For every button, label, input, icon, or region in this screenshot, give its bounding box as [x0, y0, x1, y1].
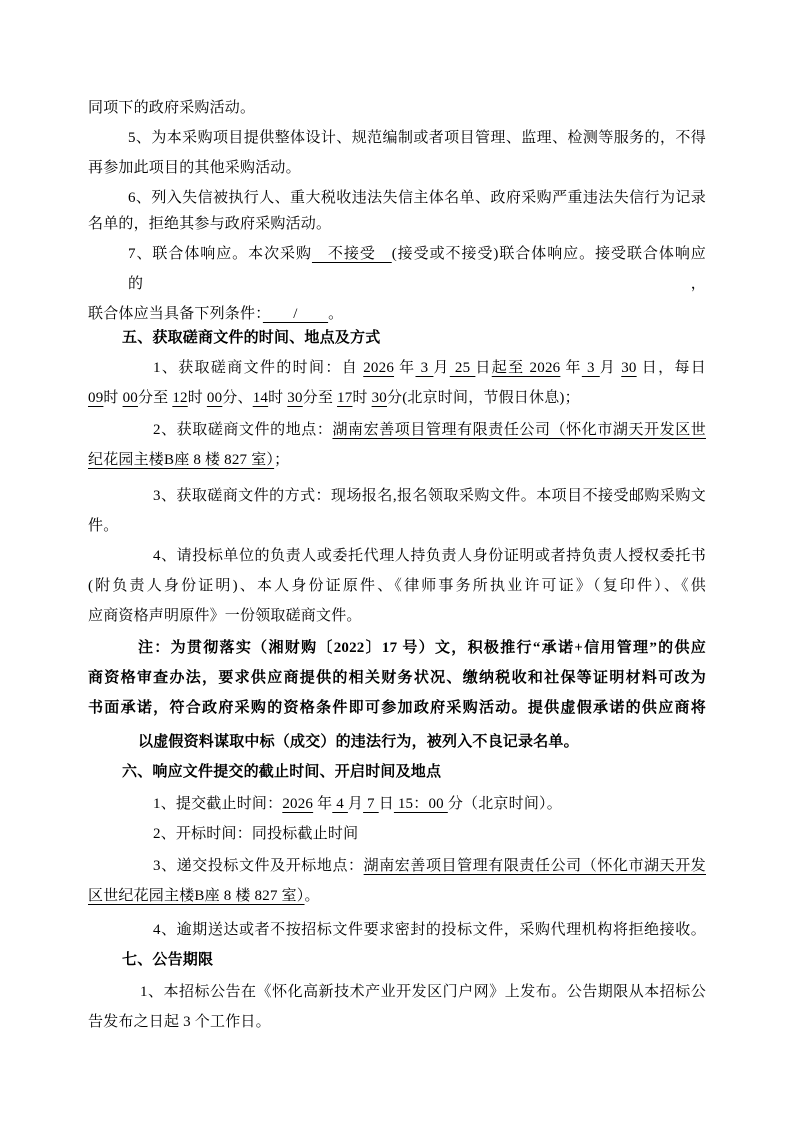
text-segment: 分（北京时间）。	[448, 796, 562, 812]
text-segment: 。	[328, 306, 343, 322]
section-heading: 七、公告期限	[88, 945, 706, 975]
text-line: 区世纪花园主楼B座 8 楼 827 室）。	[88, 881, 706, 911]
underlined-text: 12	[172, 390, 187, 406]
text-segment: 月	[348, 796, 363, 812]
text-segment: 名单的，拒绝其参与政府采购活动。	[88, 216, 331, 232]
text-segment: 时	[352, 390, 371, 406]
underlined-text: 起至 2026	[492, 360, 561, 376]
text-line: 以虚假资料谋取中标（成交）的违法行为，被列入不良记录名单。	[88, 727, 706, 757]
text-line: 2、开标时间：同投标截止时间	[88, 819, 706, 849]
underlined-text: 17	[337, 390, 352, 406]
text-line: 名单的，拒绝其参与政府采购活动。	[88, 209, 706, 239]
text-line: 1、本招标公告在《怀化高新技术产业开发区门户网》上发布。公告期限从本招标公	[88, 977, 706, 1007]
text-line: 4、请投标单位的负责人或委托代理人持负责人身份证明或者持负责人授权委托书	[88, 541, 706, 571]
text-line: 书面承诺，符合政府采购的资格条件即可参加政府采购活动。提供虚假承诺的供应商将	[88, 693, 706, 723]
text-segment: 月	[433, 360, 449, 376]
text-segment: 2、获取磋商文件的地点：	[153, 422, 332, 438]
underlined-text: 区世纪花园主楼B座 8 楼 827 室）	[88, 888, 305, 904]
text-line: 09时 00分至 12时 00分、14时 30分至 17时 30分(北京时间，节…	[88, 383, 706, 413]
text-line: 1、提交截止时间：2026 年 4 月 7 日 15：00 分（北京时间）。	[88, 789, 706, 819]
underlined-text: 25	[450, 360, 476, 376]
text-segment: 联合体应当具备下列条件：	[88, 306, 263, 322]
text-line: 4、逾期送达或者不按招标文件要求密封的投标文件，采购代理机构将拒绝接收。	[88, 915, 706, 945]
underlined-text: 纪花园主楼B座 8 楼 827 室）	[88, 452, 274, 468]
underlined-text: 09	[88, 390, 103, 406]
text-segment: 3、获取磋商文件的方式：现场报名,报名领取采购文件。本项目不接受邮购采购文	[153, 488, 706, 504]
text-segment: 。	[305, 888, 320, 904]
underlined-text: 30	[621, 360, 636, 376]
underlined-text: 2026	[282, 796, 313, 812]
text-segment: 日	[379, 796, 394, 812]
text-segment: 分(北京时间，节假日休息)；	[387, 390, 580, 406]
underlined-text: 30	[372, 390, 387, 406]
text-segment: 7、联合体响应。本次采购	[128, 246, 312, 262]
text-segment: 1、获取磋商文件的时间：自	[153, 360, 363, 376]
text-segment: 书面承诺，符合政府采购的资格条件即可参加政府采购活动。提供虚假承诺的供应商将	[88, 700, 706, 716]
text-line: 1、获取磋商文件的时间：自 2026 年 3 月 25 日起至 2026 年 3…	[88, 353, 706, 383]
text-segment: 分、	[222, 390, 252, 406]
text-segment: 日，每日	[637, 360, 706, 376]
text-segment: 2、开标时间：同投标截止时间	[153, 826, 358, 842]
underlined-text: 00	[123, 390, 138, 406]
underlined-text: 湖南宏善项目管理有限责任公司（怀化市湖天开发	[364, 858, 706, 874]
text-segment: 六、响应文件提交的截止时间、开启时间及地点	[122, 764, 441, 780]
text-segment: 日	[475, 360, 491, 376]
underlined-text: /	[263, 306, 328, 322]
text-line: 注：为贯彻落实（湘财购〔2022〕17 号）文，积极推行“承诺+信用管理”的供应	[88, 633, 706, 663]
text-segment: 月	[600, 360, 621, 376]
text-line: 7、联合体响应。本次采购 不接受 (接受或不接受)联合体响应。接受联合体响应的，	[88, 239, 706, 299]
text-line: 3、获取磋商文件的方式：现场报名,报名领取采购文件。本项目不接受邮购采购文	[88, 481, 706, 511]
text-segment: 分至	[303, 390, 337, 406]
text-segment: 年	[313, 796, 332, 812]
text-line: 纪花园主楼B座 8 楼 827 室）；	[88, 445, 706, 475]
text-segment: 年	[560, 360, 581, 376]
underlined-text: 00	[207, 390, 222, 406]
text-segment: ；	[274, 452, 289, 468]
text-segment: 注：为贯彻落实（湘财购〔2022〕17 号）文，积极推行“承诺+信用管理”的供应	[138, 640, 706, 656]
text-line: (附负责人身份证明)、本人身份证原件、《律师事务所执业许可证》（复印件）、《供	[88, 571, 706, 601]
text-segment: 五、获取磋商文件的时间、地点及方式	[122, 330, 380, 346]
underlined-text: 3	[416, 360, 434, 376]
text-segment: 时	[103, 390, 122, 406]
document-page: 同项下的政府采购活动。5、为本采购项目提供整体设计、规范编制或者项目管理、监理、…	[0, 0, 793, 1122]
text-segment: 1、提交截止时间：	[153, 796, 282, 812]
text-segment: 告发布之日起 3 个工作日。	[88, 1014, 271, 1030]
text-line: 3、递交投标文件及开标地点：湖南宏善项目管理有限责任公司（怀化市湖天开发	[88, 851, 706, 881]
section-heading: 五、获取磋商文件的时间、地点及方式	[88, 323, 706, 353]
text-segment: 同项下的政府采购活动。	[88, 100, 255, 116]
text-segment: 4、请投标单位的负责人或委托代理人持负责人身份证明或者持负责人授权委托书	[153, 548, 706, 564]
text-segment: 1、本招标公告在《怀化高新技术产业开发区门户网》上发布。公告期限从本招标公	[140, 984, 706, 1000]
text-line: 告发布之日起 3 个工作日。	[88, 1007, 706, 1037]
text-segment: 以虚假资料谋取中标（成交）的违法行为，被列入不良记录名单。	[138, 734, 579, 750]
text-segment: 应商资格声明原件》一份领取磋商文件。	[88, 608, 362, 624]
document-body: 同项下的政府采购活动。5、为本采购项目提供整体设计、规范编制或者项目管理、监理、…	[88, 93, 706, 1037]
text-line: 应商资格声明原件》一份领取磋商文件。	[88, 601, 706, 631]
text-segment: 商资格审查办法，要求供应商提供的相关财务状况、缴纳税收和社保等证明材料可改为	[88, 670, 706, 686]
text-line: 商资格审查办法，要求供应商提供的相关财务状况、缴纳税收和社保等证明材料可改为	[88, 663, 706, 693]
text-segment: 3、递交投标文件及开标地点：	[153, 858, 364, 874]
text-segment: 6、列入失信被执行人、重大税收违法失信主体名单、政府采购严重违法失信行为记录	[128, 190, 706, 206]
underlined-text: 30	[287, 390, 302, 406]
text-segment: 5、为本采购项目提供整体设计、规范编制或者项目管理、监理、检测等服务的，不得	[128, 130, 706, 146]
underlined-text: 不接受	[312, 246, 392, 262]
text-line: 件。	[88, 511, 706, 541]
text-segment: (附负责人身份证明)、本人身份证原件、《律师事务所执业许可证》（复印件）、《供	[88, 578, 706, 594]
underlined-text: 14	[253, 390, 268, 406]
text-segment: 再参加此项目的其他采购活动。	[88, 160, 301, 176]
text-line: 5、为本采购项目提供整体设计、规范编制或者项目管理、监理、检测等服务的，不得	[88, 123, 706, 153]
underlined-text: 3	[582, 360, 600, 376]
underlined-text: 7	[363, 796, 379, 812]
underlined-text: 湖南宏善项目管理有限责任公司（怀化市湖天开发区世	[332, 422, 706, 438]
text-segment: 时	[268, 390, 287, 406]
text-line: 同项下的政府采购活动。	[88, 93, 706, 123]
underlined-text: 4	[332, 796, 348, 812]
underlined-text: 2026	[363, 360, 394, 376]
underlined-text: 15：00	[394, 796, 448, 812]
text-segment: 4、逾期送达或者不按招标文件要求密封的投标文件，采购代理机构将拒绝接收。	[153, 922, 706, 938]
text-segment: 件。	[88, 518, 118, 534]
text-segment: 时	[188, 390, 207, 406]
text-segment: 年	[394, 360, 415, 376]
section-heading: 六、响应文件提交的截止时间、开启时间及地点	[88, 757, 706, 787]
text-segment: 七、公告期限	[122, 952, 213, 968]
text-line: 再参加此项目的其他采购活动。	[88, 153, 706, 183]
text-segment: 分至	[138, 390, 172, 406]
text-line: 2、获取磋商文件的地点：湖南宏善项目管理有限责任公司（怀化市湖天开发区世	[88, 415, 706, 445]
